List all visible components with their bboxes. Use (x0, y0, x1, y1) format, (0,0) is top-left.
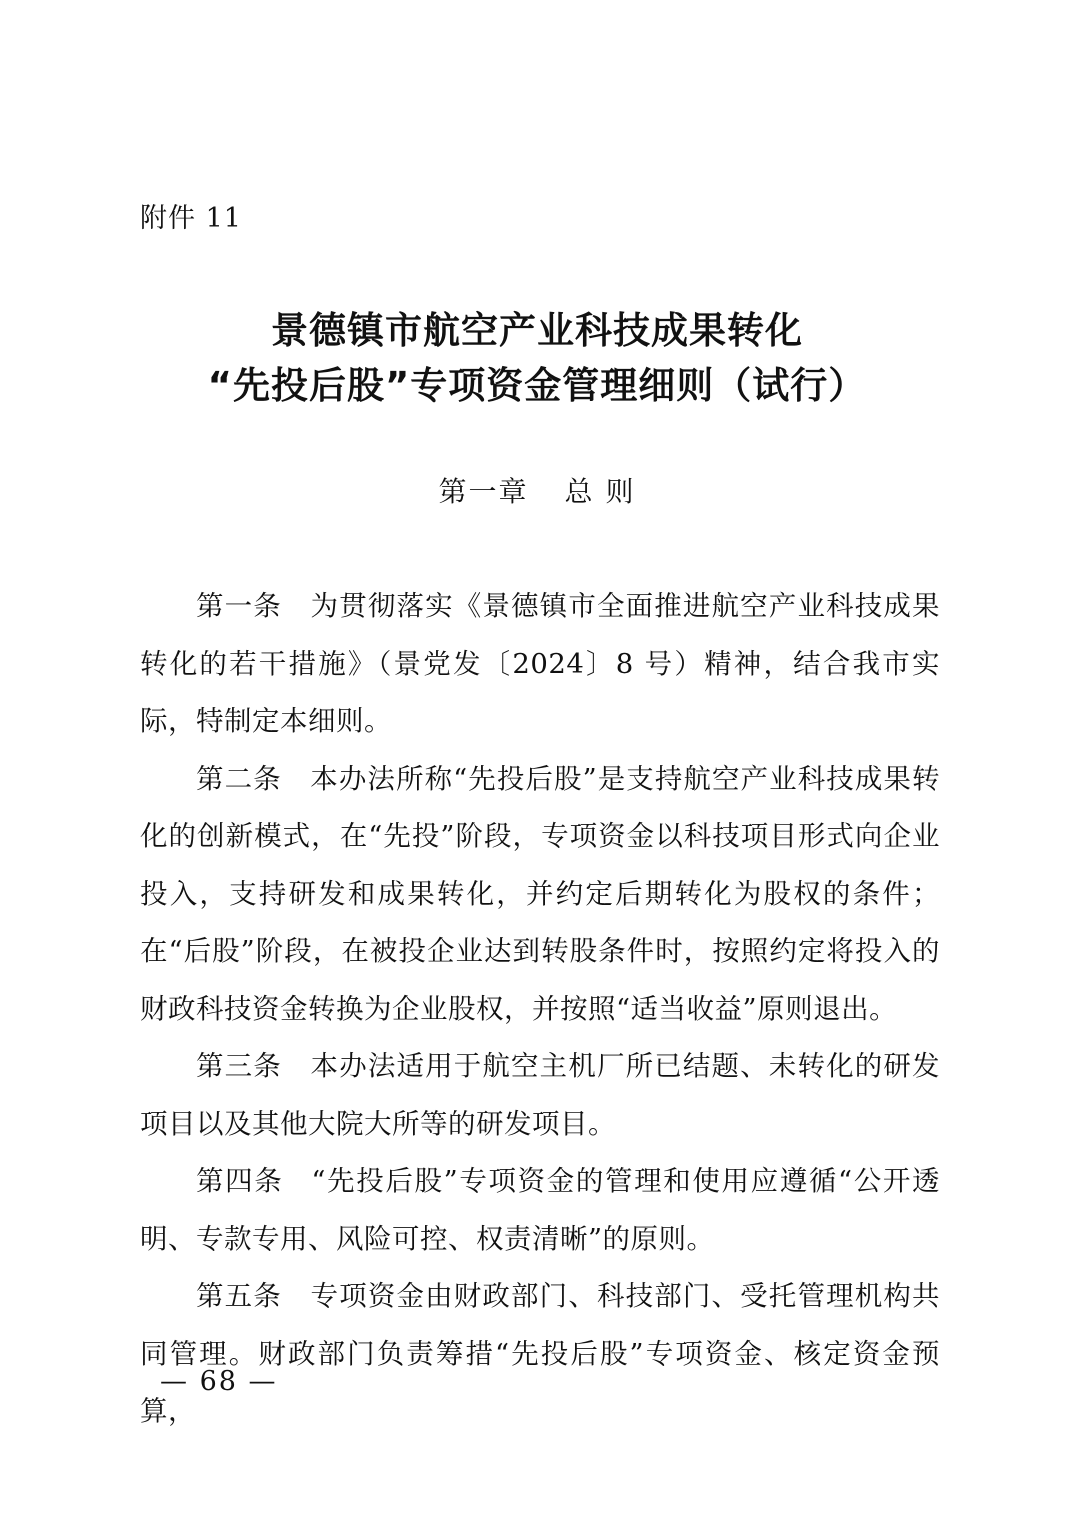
page-number: — 68 — (160, 1366, 278, 1397)
document-page: 附件 11 景德镇市航空产业科技成果转化 “先投后股”专项资金管理细则（试行） … (0, 0, 1074, 1520)
article-number: 第二条 (196, 763, 282, 795)
chapter-name: 总 则 (565, 475, 636, 508)
chapter-number: 第一章 (439, 475, 529, 508)
article-number: 第四条 (196, 1165, 283, 1197)
article-4: 第四条“先投后股”专项资金的管理和使用应遵循“公开透明、专款专用、风险可控、权责… (140, 1153, 940, 1268)
chapter-heading: 第一章总 则 (0, 470, 1074, 510)
article-number: 第五条 (196, 1280, 282, 1312)
article-number: 第一条 (196, 590, 282, 622)
article-5: 第五条专项资金由财政部门、科技部门、受托管理机构共同管理。财政部门负责筹措“先投… (140, 1268, 940, 1441)
article-2: 第二条本办法所称“先投后股”是支持航空产业科技成果转化的创新模式，在“先投”阶段… (140, 751, 940, 1039)
article-number: 第三条 (196, 1050, 282, 1082)
document-title-line-2: “先投后股”专项资金管理细则（试行） (0, 355, 1074, 409)
attachment-label: 附件 11 (140, 196, 242, 235)
article-3: 第三条本办法适用于航空主机厂所已结题、未转化的研发项目以及其他大院大所等的研发项… (140, 1038, 940, 1153)
document-body: 第一条为贯彻落实《景德镇市全面推进航空产业科技成果转化的若干措施》（景党发〔20… (140, 578, 940, 1441)
article-text: 本办法所称“先投后股”是支持航空产业科技成果转化的创新模式，在“先投”阶段，专项… (140, 763, 940, 1025)
article-1: 第一条为贯彻落实《景德镇市全面推进航空产业科技成果转化的若干措施》（景党发〔20… (140, 578, 940, 751)
document-title-line-1: 景德镇市航空产业科技成果转化 (0, 300, 1074, 354)
